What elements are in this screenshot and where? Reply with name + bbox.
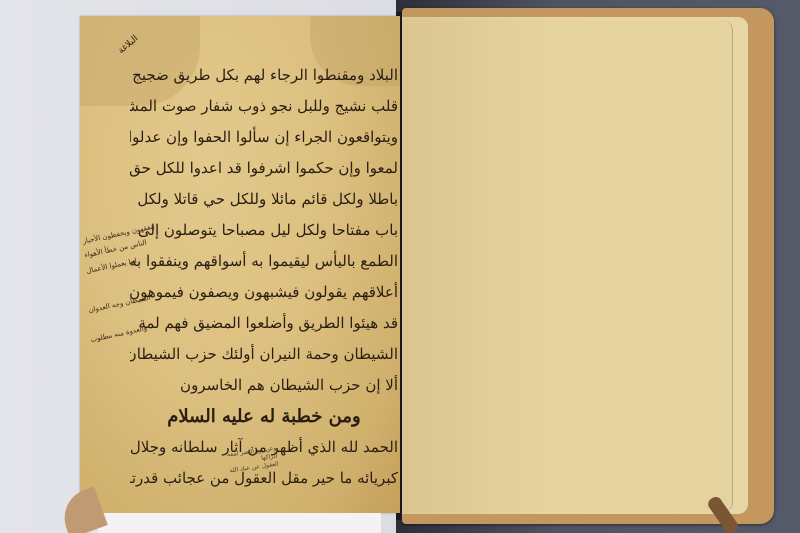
text-line: ويتواقعون الجراء إن سألوا الحفوا وإن عدل… (130, 122, 398, 153)
paper-slip (98, 513, 381, 533)
text-line: ألا إن حزب الشيطان هم الخاسرون (130, 370, 398, 401)
text-line: البلاد ومقنطوا الرجاء لهم بكل طريق ضجيج … (130, 60, 398, 91)
text-line: الطمع باليأس ليقيموا به أسواقهم وينفقوا … (130, 246, 398, 277)
manuscript-text: البلاد ومقنطوا الرجاء لهم بكل طريق ضجيج … (130, 60, 398, 494)
text-line: قلب نشيج وللبل نجو ذوب شفار صوت المشاعر (130, 91, 398, 122)
text-line: باب مفتاحا ولكل ليل مصباحا يتوصلون إلى (130, 215, 398, 246)
text-line: الشيطان وحمة النيران أولئك حزب الشيطان (130, 339, 398, 370)
section-heading: ومن خطبة له عليه السلام (130, 401, 398, 432)
text-line: باطلا ولكل قائم مائلا وللكل حي قاتلا ولك… (130, 184, 398, 215)
right-page-blank (402, 20, 733, 512)
text-line: قد هيئوا الطريق وأضلعوا المضيق فهم لمة (130, 308, 398, 339)
text-line: أعلاقهم يقولون فيشبهون ويصفون فيموهون (130, 277, 398, 308)
text-line: لمعوا وإن حكموا اشرفوا قد اعدوا للكل حق (130, 153, 398, 184)
